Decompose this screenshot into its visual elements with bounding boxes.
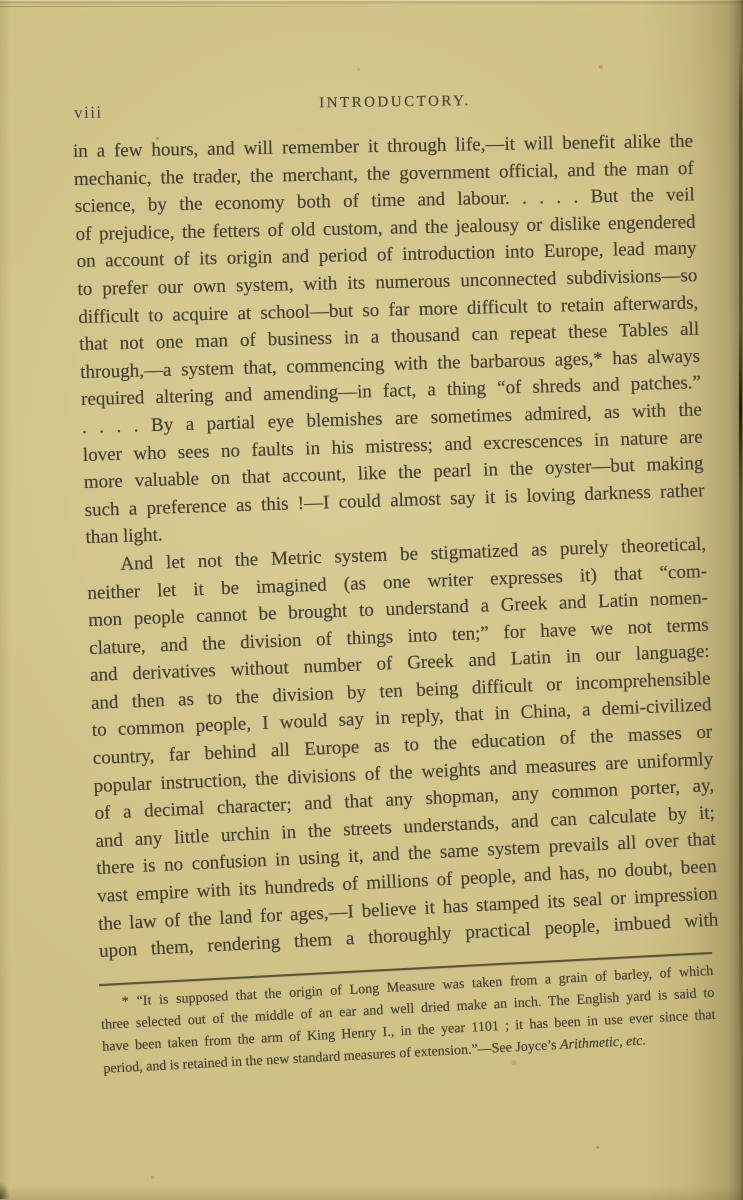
page-header: viii INTRODUCTORY. [73,90,693,121]
page-right-edge-shadow [739,42,742,1062]
paper-speck [357,68,360,71]
paper-speck [599,65,603,69]
footnote-italic-ref: Arithmetic, etc. [560,1033,647,1052]
page-corner-mark [0,1181,10,1199]
footnote: * “It is supposed that the origin of Lon… [99,952,717,1081]
book-page: viii INTRODUCTORY. in a few hours, and w… [0,0,743,1200]
running-header-title: INTRODUCTORY. [73,90,693,116]
page-top-edge [0,6,461,7]
page-number: viii [74,103,103,123]
body-text: in a few hours, and will remember it thr… [73,138,693,966]
paper-speck [151,1176,154,1179]
paper-speck [596,1146,599,1149]
paper-speck [511,1060,517,1065]
